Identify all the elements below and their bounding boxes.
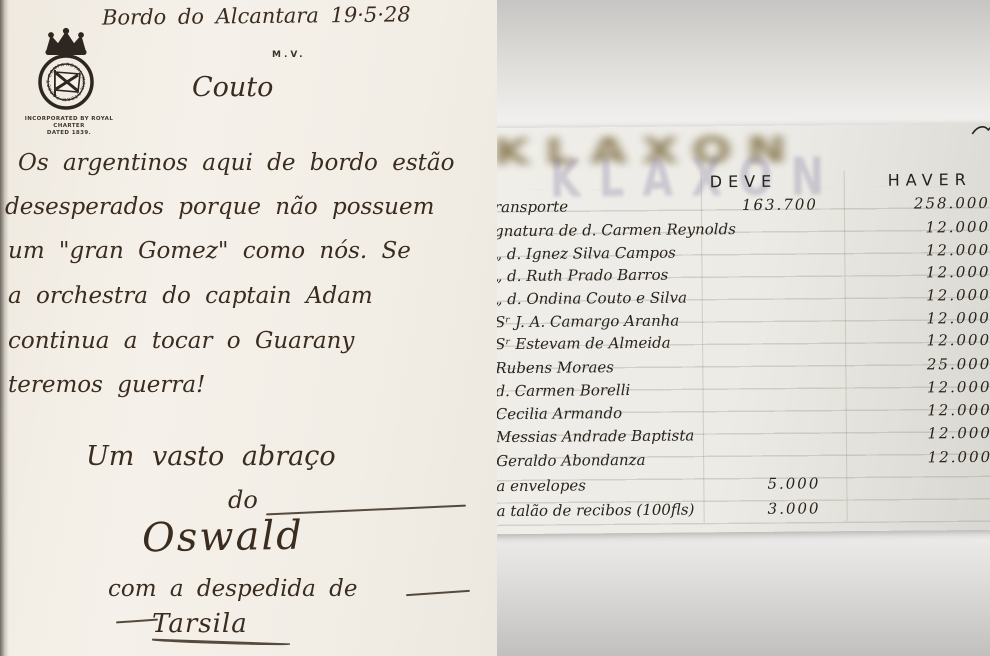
letter-body-line: desesperados porque não possuem bbox=[5, 194, 434, 220]
letter-body-line: um "gran Gomez" como nós. Se bbox=[8, 238, 411, 264]
letter-body-line: a orchestra do captain Adam bbox=[8, 283, 373, 309]
letter-body-line: teremos guerra! bbox=[8, 372, 205, 398]
ledger-page: KLAXON KLAXON DEVE HAVER ransporte163.70… bbox=[497, 124, 990, 534]
ledger-row: Messias Andrade Baptista12.000 bbox=[497, 424, 990, 450]
ledger-row: Rubens Moraes25.000 bbox=[497, 355, 990, 381]
royal-mail-crest-icon: ROYAL MAIL STEAM PACKET COMPANY INCORPOR… bbox=[14, 24, 124, 144]
letter-body-line: continua a tocar o Guarany bbox=[8, 328, 354, 354]
letter-closing: Um vasto abraço bbox=[86, 441, 336, 472]
ledger-photo: KLAXON KLAXON DEVE HAVER ransporte163.70… bbox=[497, 0, 990, 656]
two-historical-documents: Bordo do Alcantara 19·5·28 ROYAL MAIL ST… bbox=[0, 0, 990, 656]
ledger-row: „ d. Ruth Prado Barros12.000 bbox=[497, 263, 990, 289]
ledger-row: a envelopes5.000 bbox=[497, 473, 990, 499]
ledger-row: d. Carmen Borelli12.000 bbox=[497, 378, 990, 404]
tarsila-signature: Tarsila bbox=[152, 609, 248, 639]
letter-page: Bordo do Alcantara 19·5·28 ROYAL MAIL ST… bbox=[0, 0, 497, 656]
page-corner-flourish bbox=[971, 124, 990, 138]
deve-column-header: DEVE bbox=[710, 172, 778, 192]
ledger-row: Cecilia Armando12.000 bbox=[497, 401, 990, 427]
letter-body-line: Os argentinos aqui de bordo estão bbox=[18, 150, 454, 176]
letter-dateline: Bordo do Alcantara 19·5·28 bbox=[102, 2, 411, 29]
letter-closing-do: do bbox=[228, 486, 258, 514]
ledger-row: Geraldo Abondanza12.000 bbox=[497, 448, 990, 474]
letter-postscript: com a despedida de bbox=[108, 576, 358, 602]
ledger-row: a talão de recibos (100fls)3.000 bbox=[497, 498, 990, 524]
haver-column-header: HAVER bbox=[888, 170, 972, 190]
pen-flourish bbox=[406, 590, 470, 596]
pen-flourish bbox=[152, 639, 290, 647]
letter-salutation: Couto bbox=[192, 72, 273, 103]
oswald-signature: Oswald bbox=[142, 513, 305, 562]
ledger-row: gnatura de d. Carmen Reynolds12.000 bbox=[497, 218, 990, 244]
ledger-row: Sʳ Estevam de Almeida12.000 bbox=[497, 331, 990, 357]
ledger-row: ransporte163.700258.000 bbox=[497, 194, 990, 220]
printed-mv-label: M.V. bbox=[272, 50, 306, 60]
ledger-row: „ d. Ondina Couto e Silva12.000 bbox=[497, 286, 990, 312]
crest-charter-text: INCORPORATED BY ROYAL CHARTER DATED 1839… bbox=[14, 116, 124, 137]
